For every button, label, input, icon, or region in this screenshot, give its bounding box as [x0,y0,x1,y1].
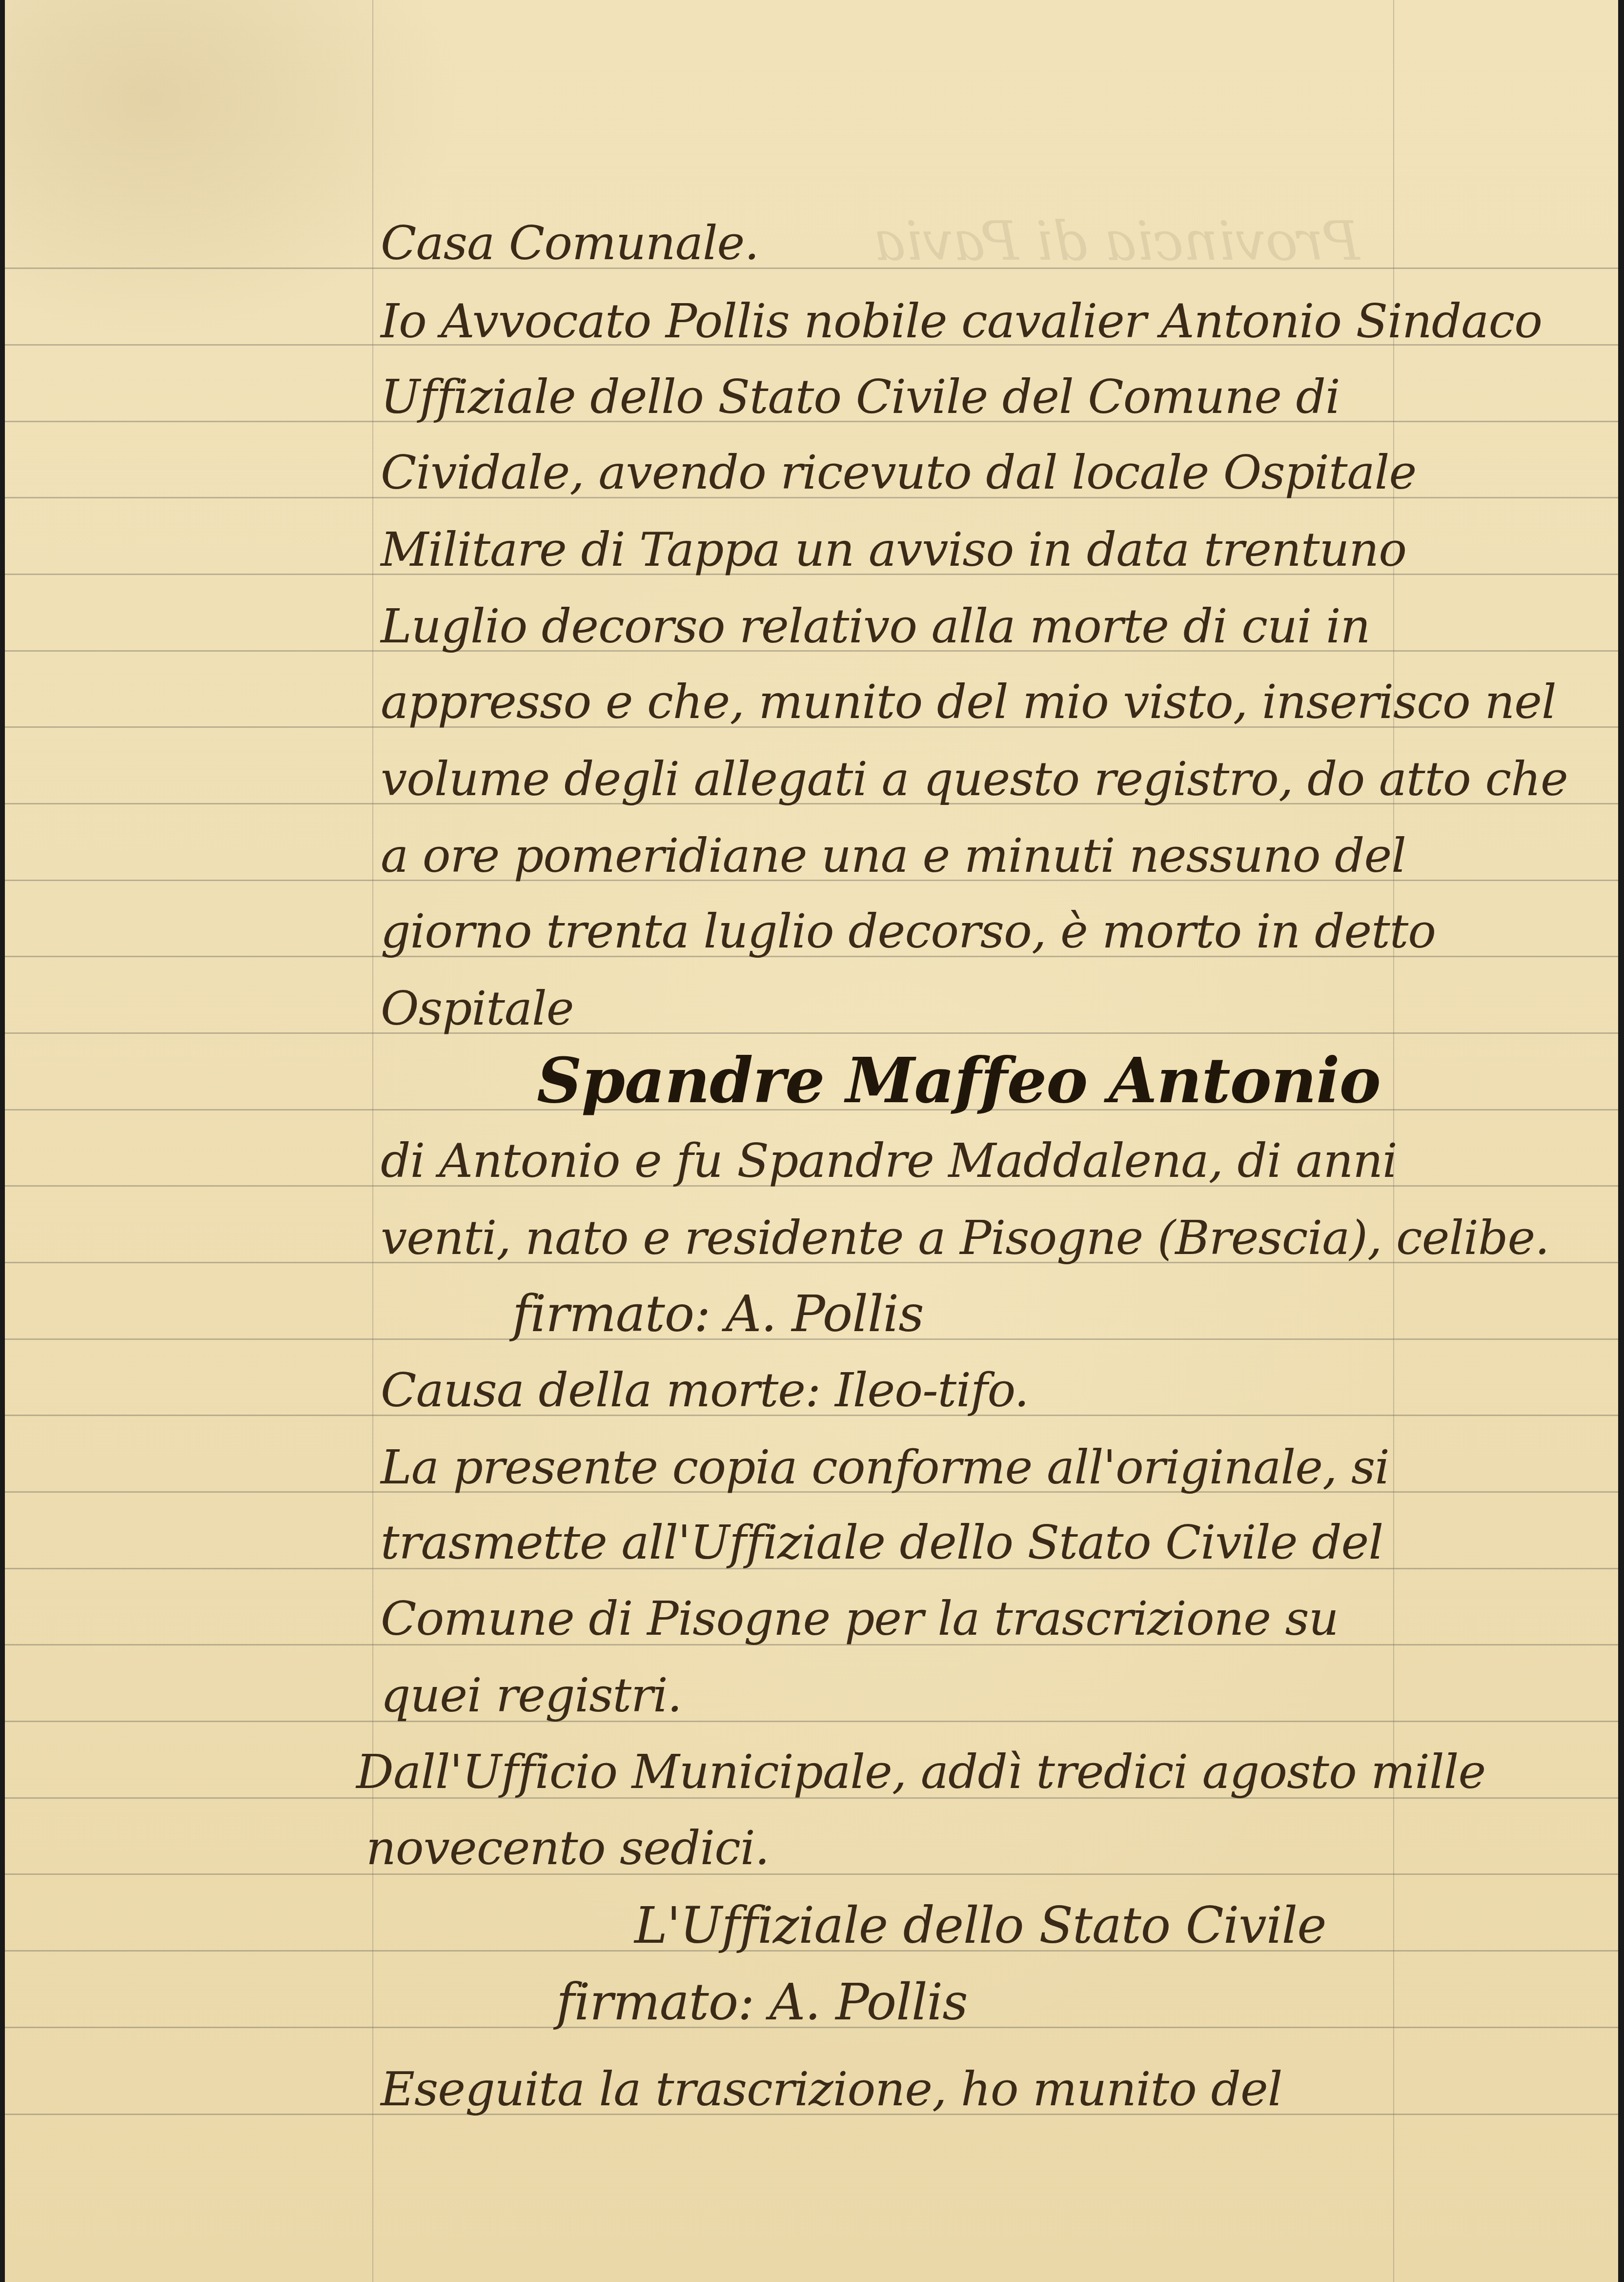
text-line: Ospitale [381,985,573,1032]
text-line: appresso e che, munito del mio visto, in… [381,678,1556,725]
transmission-line: quei registri. [381,1672,682,1719]
closing-line: novecento sedici. [366,1825,769,1871]
ruled-line [5,1721,1618,1722]
text-line: Luglio decorso relativo alla morte di cu… [381,603,1370,650]
officer-title: L'Uffiziale dello Stato Civile [634,1901,1326,1951]
transmission-line: La presente copia conforme all'originale… [381,1444,1389,1491]
text-line: a ore pomeridiane una e minuti nessuno d… [381,832,1406,879]
signature-first: firmato: A. Pollis [512,1290,923,1339]
left-margin-line [372,0,373,2282]
ruled-line [5,1032,1618,1034]
final-line: Eseguita la trascrizione, ho munito del [381,2066,1282,2113]
details-line: venti, nato e residente a Pisogne (Bresc… [381,1214,1549,1261]
ruled-line [5,267,1618,269]
text-line: volume degli allegati a questo registro,… [381,756,1568,802]
heading-casa-comunale: Casa Comunale. [381,220,759,267]
cause-of-death: Causa della morte: Ileo-tifo. [381,1367,1029,1414]
bleed-through-text: Provincia di Pavia [873,210,1360,272]
transmission-line: Comune di Pisogne per la trascrizione su [381,1595,1339,1642]
transmission-line: trasmette all'Uffiziale dello Stato Civi… [381,1519,1383,1566]
closing-line: Dall'Ufficio Municipale, addì tredici ag… [356,1748,1485,1795]
text-line: Io Avvocato Pollis nobile cavalier Anton… [381,298,1542,345]
text-line: Uffiziale dello Stato Civile del Comune … [381,373,1340,420]
details-line: di Antonio e fu Spandre Maddalena, di an… [381,1137,1397,1184]
document-page: Provincia di Pavia Casa Comunale. Io Avv… [5,0,1618,2282]
text-line: giorno trenta luglio decorso, è morto in… [381,908,1436,955]
signature-second: firmato: A. Pollis [556,1978,967,2028]
text-line: Cividale, avendo ricevuto dal locale Osp… [381,449,1416,496]
deceased-name: Spandre Maffeo Antonio [537,1049,1380,1112]
text-line: Militare di Tappa un avviso in data tren… [381,526,1406,573]
ruled-line [5,1873,1618,1875]
